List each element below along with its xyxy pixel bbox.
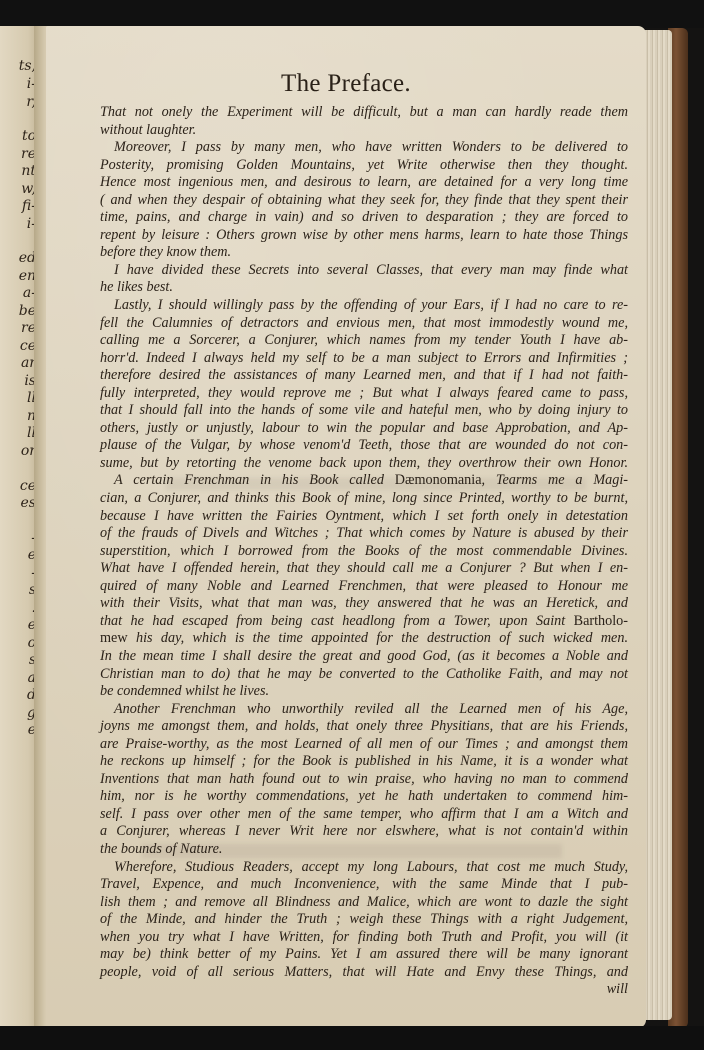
book-page: The Preface. That not onely the Experime… bbox=[46, 26, 646, 1028]
text-line: he reckons up himself ; for the Book is … bbox=[100, 753, 628, 771]
roman-type-word: Bartholo- bbox=[574, 613, 628, 629]
text-line: the bounds of Nature. bbox=[100, 841, 628, 859]
text-line: people, void of all serious Matters, tha… bbox=[100, 964, 628, 982]
roman-type-word: mew bbox=[100, 630, 128, 646]
text-line: In the mean time I shall desire the grea… bbox=[100, 648, 628, 666]
text-line: Another Frenchman who unworthily reviled… bbox=[100, 701, 628, 719]
text-line: sume, but by retorting the venome back u… bbox=[100, 455, 628, 473]
page-title: The Preface. bbox=[46, 70, 646, 98]
text-line: that he had escaped from being cast head… bbox=[100, 613, 628, 631]
text-line: of the frauds of Divels and Witches ; Th… bbox=[100, 525, 628, 543]
text-line: Inventions that man hath found out to wi… bbox=[100, 771, 628, 789]
text-line: plause of the Vulgar, by whose venom'd T… bbox=[100, 437, 628, 455]
text-line: A certain Frenchman in his Book called D… bbox=[100, 472, 628, 490]
text-line: without laughter. bbox=[100, 122, 628, 140]
text-line: with their Visits, what that man was, th… bbox=[100, 595, 628, 613]
text-line: That not onely the Experiment will be di… bbox=[100, 104, 628, 122]
text-line: repent by leisure : Others grown wise by… bbox=[100, 227, 628, 245]
text-line: of the Minde, and hinder the Truth ; wei… bbox=[100, 911, 628, 929]
roman-type-word: Dæmonomania bbox=[395, 472, 482, 488]
text-line: when you try what I have Written, for fi… bbox=[100, 929, 628, 947]
text-line: may be) think better of my Pains. Yet I … bbox=[100, 946, 628, 964]
text-line: Travel, Expence, and much Inconvenience,… bbox=[100, 876, 628, 894]
text-line: be condemned whilst he lives. bbox=[100, 683, 628, 701]
text-line: Moreover, I pass by many men, who have w… bbox=[100, 139, 628, 157]
text-line: superstition, which I borrowed from the … bbox=[100, 543, 628, 561]
catchword: will bbox=[100, 981, 628, 999]
text-line: that I should fall into the hands of som… bbox=[100, 402, 628, 420]
text-line: a Conjurer, whereas I never Writ here no… bbox=[100, 823, 628, 841]
text-line: calling me a Sorcerer, a Conjurer, which… bbox=[100, 332, 628, 350]
text-line: quired of many Noble and Learned Frenchm… bbox=[100, 578, 628, 596]
text-line: Wherefore, Studious Readers, accept my l… bbox=[100, 859, 628, 877]
text-line: him, nor is he worthy commendations, yet… bbox=[100, 788, 628, 806]
text-line: others, justly or unjustly, labour to wi… bbox=[100, 420, 628, 438]
text-line: I have divided these Secrets into severa… bbox=[100, 262, 628, 280]
scan-top-border bbox=[0, 0, 704, 28]
text-line: Posterity, promising Golden Mountains, y… bbox=[100, 157, 628, 175]
text-line: Hence most ingenious men, and desirous t… bbox=[100, 174, 628, 192]
page-body-text: That not onely the Experiment will be di… bbox=[100, 104, 628, 999]
text-line: before they know them. bbox=[100, 244, 628, 262]
scan-bottom-border bbox=[0, 1026, 704, 1050]
text-line: are Praise-worthy, as the most Learned o… bbox=[100, 736, 628, 754]
text-line: he likes best. bbox=[100, 279, 628, 297]
text-line: lish them ; and remove all Blindness and… bbox=[100, 894, 628, 912]
text-line: horr'd. Indeed I always held my self to … bbox=[100, 350, 628, 368]
text-line: therefore desired the assistances of man… bbox=[100, 367, 628, 385]
text-line: fell the Calumnies of detractors and env… bbox=[100, 315, 628, 333]
text-line: What have I offended herein, that they s… bbox=[100, 560, 628, 578]
text-line: cian, a Conjurer, and thinks this Book o… bbox=[100, 490, 628, 508]
text-line: joyns me amongst them, and holds, that o… bbox=[100, 718, 628, 736]
text-line: Christian man to do) that he may be conv… bbox=[100, 666, 628, 684]
text-line: Lastly, I should willingly pass by the o… bbox=[100, 297, 628, 315]
text-line: because I have written the Fairies Oyntm… bbox=[100, 508, 628, 526]
text-line: ( and when they despair of obtaining wha… bbox=[100, 192, 628, 210]
text-line: fully interpreted, they would reprove me… bbox=[100, 385, 628, 403]
text-line: time, pains, and charge in vain) and so … bbox=[100, 209, 628, 227]
text-line: mew his day, which is the time appointed… bbox=[100, 630, 628, 648]
text-line: self. I pass over other men of the same … bbox=[100, 806, 628, 824]
